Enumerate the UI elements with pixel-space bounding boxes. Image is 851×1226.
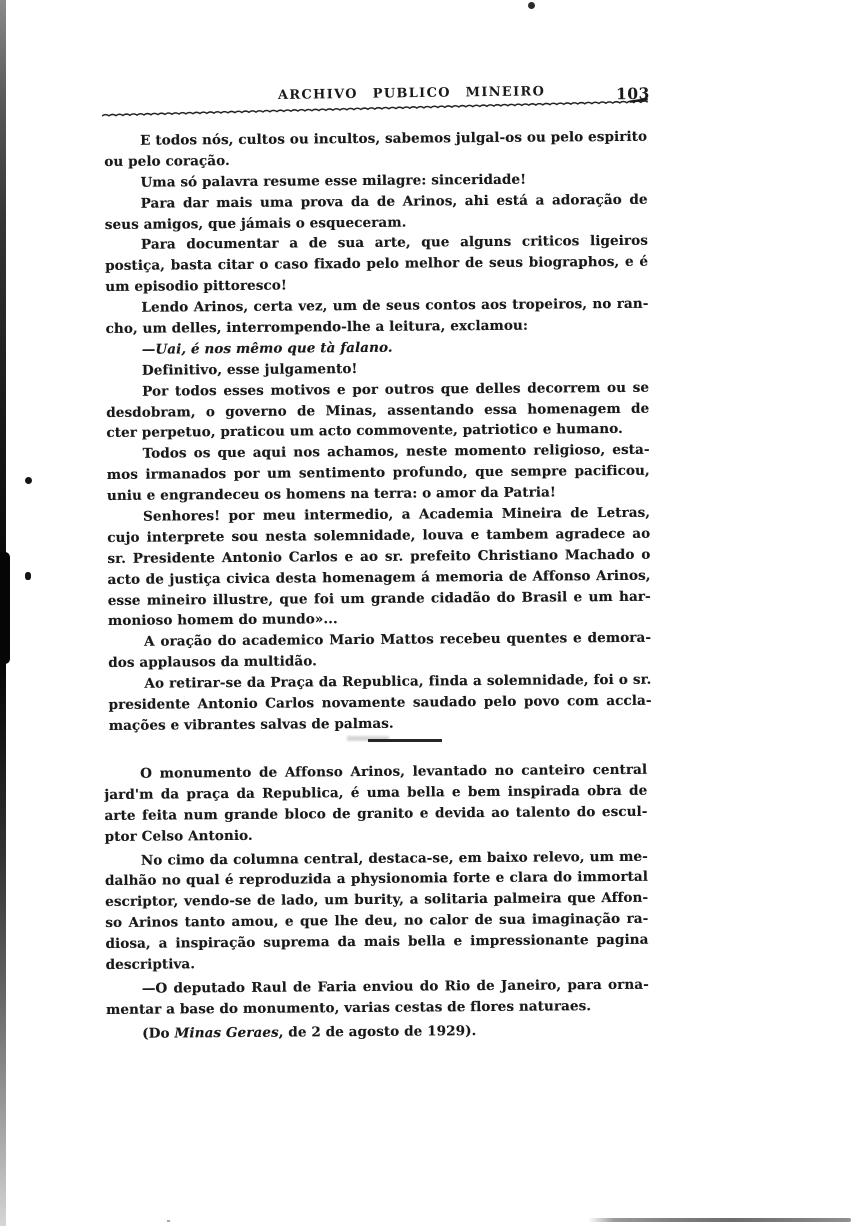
text-segment: A oração do academico Mario Mattos receb… <box>144 630 651 650</box>
text-line: presidente Antonio Carlos novamente saud… <box>108 691 651 716</box>
section-divider <box>368 739 442 742</box>
text-segment: seus amigos, que jámais o esqueceram. <box>105 214 407 232</box>
text-segment: cujo interprete sou nesta solemnidade, l… <box>107 526 650 546</box>
text-line: ptor Celso Antonio. <box>105 822 648 847</box>
text-line: Lendo Arinos, certa vez, um de seus cont… <box>105 294 648 319</box>
text-segment: cter perpetuo, praticou um acto commoven… <box>106 421 623 441</box>
text-segment: monioso homem do mundo»... <box>108 612 338 630</box>
text-segment: ou pelo coração. <box>104 153 230 170</box>
text-section-2: O monumento de Affonso Arinos, levantado… <box>104 757 649 1045</box>
text-segment: Lendo Arinos, certa vez, um de seus cont… <box>141 296 648 316</box>
text-line: descriptiva. <box>106 951 649 976</box>
text-segment: , de 2 de agosto de 1929). <box>279 1023 477 1041</box>
text-segment: jard'm da praça da Republica, é uma bell… <box>104 783 647 803</box>
text-segment: presidente Antonio Carlos novamente saud… <box>108 693 651 713</box>
text-segment: Uma só palavra resume esse milagre: sinc… <box>140 171 526 190</box>
text-segment: descriptiva. <box>106 956 196 973</box>
text-line: E todos nós, cultos ou incultos, sabemos… <box>104 127 647 152</box>
text-segment: Minas Geraes <box>174 1024 278 1041</box>
text-segment: —O deputado Raul de Faria enviou do Rio … <box>142 977 649 997</box>
ink-dot-top <box>528 2 535 9</box>
text-segment: esse mineiro illustre, que foi um grande… <box>108 588 651 608</box>
text-segment: Uai, é nos mêmo que tà falano. <box>155 340 392 358</box>
scan-edge-blob <box>0 552 10 664</box>
text-segment: mentar a base do monumento, varias cesta… <box>106 998 591 1018</box>
text-segment: uniu e engrandeceu os homens na terra: o… <box>107 485 556 505</box>
text-segment: acto de justiça civica desta homenagem á… <box>107 567 650 587</box>
text-line: diosa, a inspiração suprema da mais bell… <box>105 930 648 955</box>
text-segment: postiça, basta citar o caso fixado pelo … <box>105 254 648 274</box>
text-line: mos irmanados por um sentimento profundo… <box>107 461 650 486</box>
text-line: mentar a base do monumento, varias cesta… <box>106 996 649 1021</box>
text-segment: Para dar mais uma prova da de Arinos, ah… <box>141 191 648 211</box>
ink-dot-margin-2 <box>25 572 31 580</box>
text-segment: um episodio pittoresco! <box>105 278 287 295</box>
scan-bottom-dot <box>167 1220 170 1222</box>
text-segment: Definitivo, esse julgamento! <box>142 361 358 379</box>
text-line: Para dar mais uma prova da de Arinos, ah… <box>104 189 647 214</box>
ink-dot-margin-1 <box>25 477 32 484</box>
text-segment: escriptor, vendo-se de lado, um burity, … <box>105 890 648 910</box>
text-line: (Do Minas Geraes, de 2 de agosto de 1929… <box>106 1019 649 1044</box>
text-segment: mações e vibrantes salvas de palmas. <box>109 716 394 734</box>
text-segment: — <box>142 342 156 358</box>
text-segment: so Arinos tanto amou, e que lhe deu, no … <box>105 911 648 931</box>
scanned-page: ARCHIVO PUBLICO MINEIRO 103 E todos nós,… <box>0 0 851 1226</box>
text-segment: Senhores! por meu intermedio, a Academia… <box>143 505 650 525</box>
text-section-1: E todos nós, cultos ou incultos, sabemos… <box>104 127 652 737</box>
text-line: arte feita num grande bloco de granito e… <box>104 802 647 827</box>
scan-bottom-streak <box>588 1218 851 1222</box>
text-segment: dalhão no qual é reproduzida a physionom… <box>105 869 648 889</box>
text-segment: dos applausos da multidão. <box>108 654 317 672</box>
text-segment: sr. Presidente Antonio Carlos e ao sr. p… <box>107 547 650 567</box>
text-segment: arte feita num grande bloco de granito e… <box>104 804 647 824</box>
text-segment: mos irmanados por um sentimento profundo… <box>107 463 650 483</box>
text-segment: Todos os que aqui nos achamos, neste mom… <box>142 442 649 462</box>
text-segment: E todos nós, cultos ou incultos, sabemos… <box>140 129 647 149</box>
text-segment: No cimo da columna central, destaca-se, … <box>141 848 648 868</box>
text-segment: diosa, a inspiração suprema da mais bell… <box>105 932 648 952</box>
text-segment: ptor Celso Antonio. <box>105 828 253 845</box>
text-segment: (Do <box>142 1025 174 1041</box>
header-rule-path <box>102 101 648 116</box>
text-segment: Ao retirar-se da Praça da Republica, fin… <box>144 672 651 692</box>
text-segment: Por todos esses motivos e por outros que… <box>142 379 649 399</box>
text-segment: cho, um delles, interrompendo-lhe a leit… <box>105 318 527 337</box>
text-line: mações e vibrantes salvas de palmas. <box>109 712 652 737</box>
